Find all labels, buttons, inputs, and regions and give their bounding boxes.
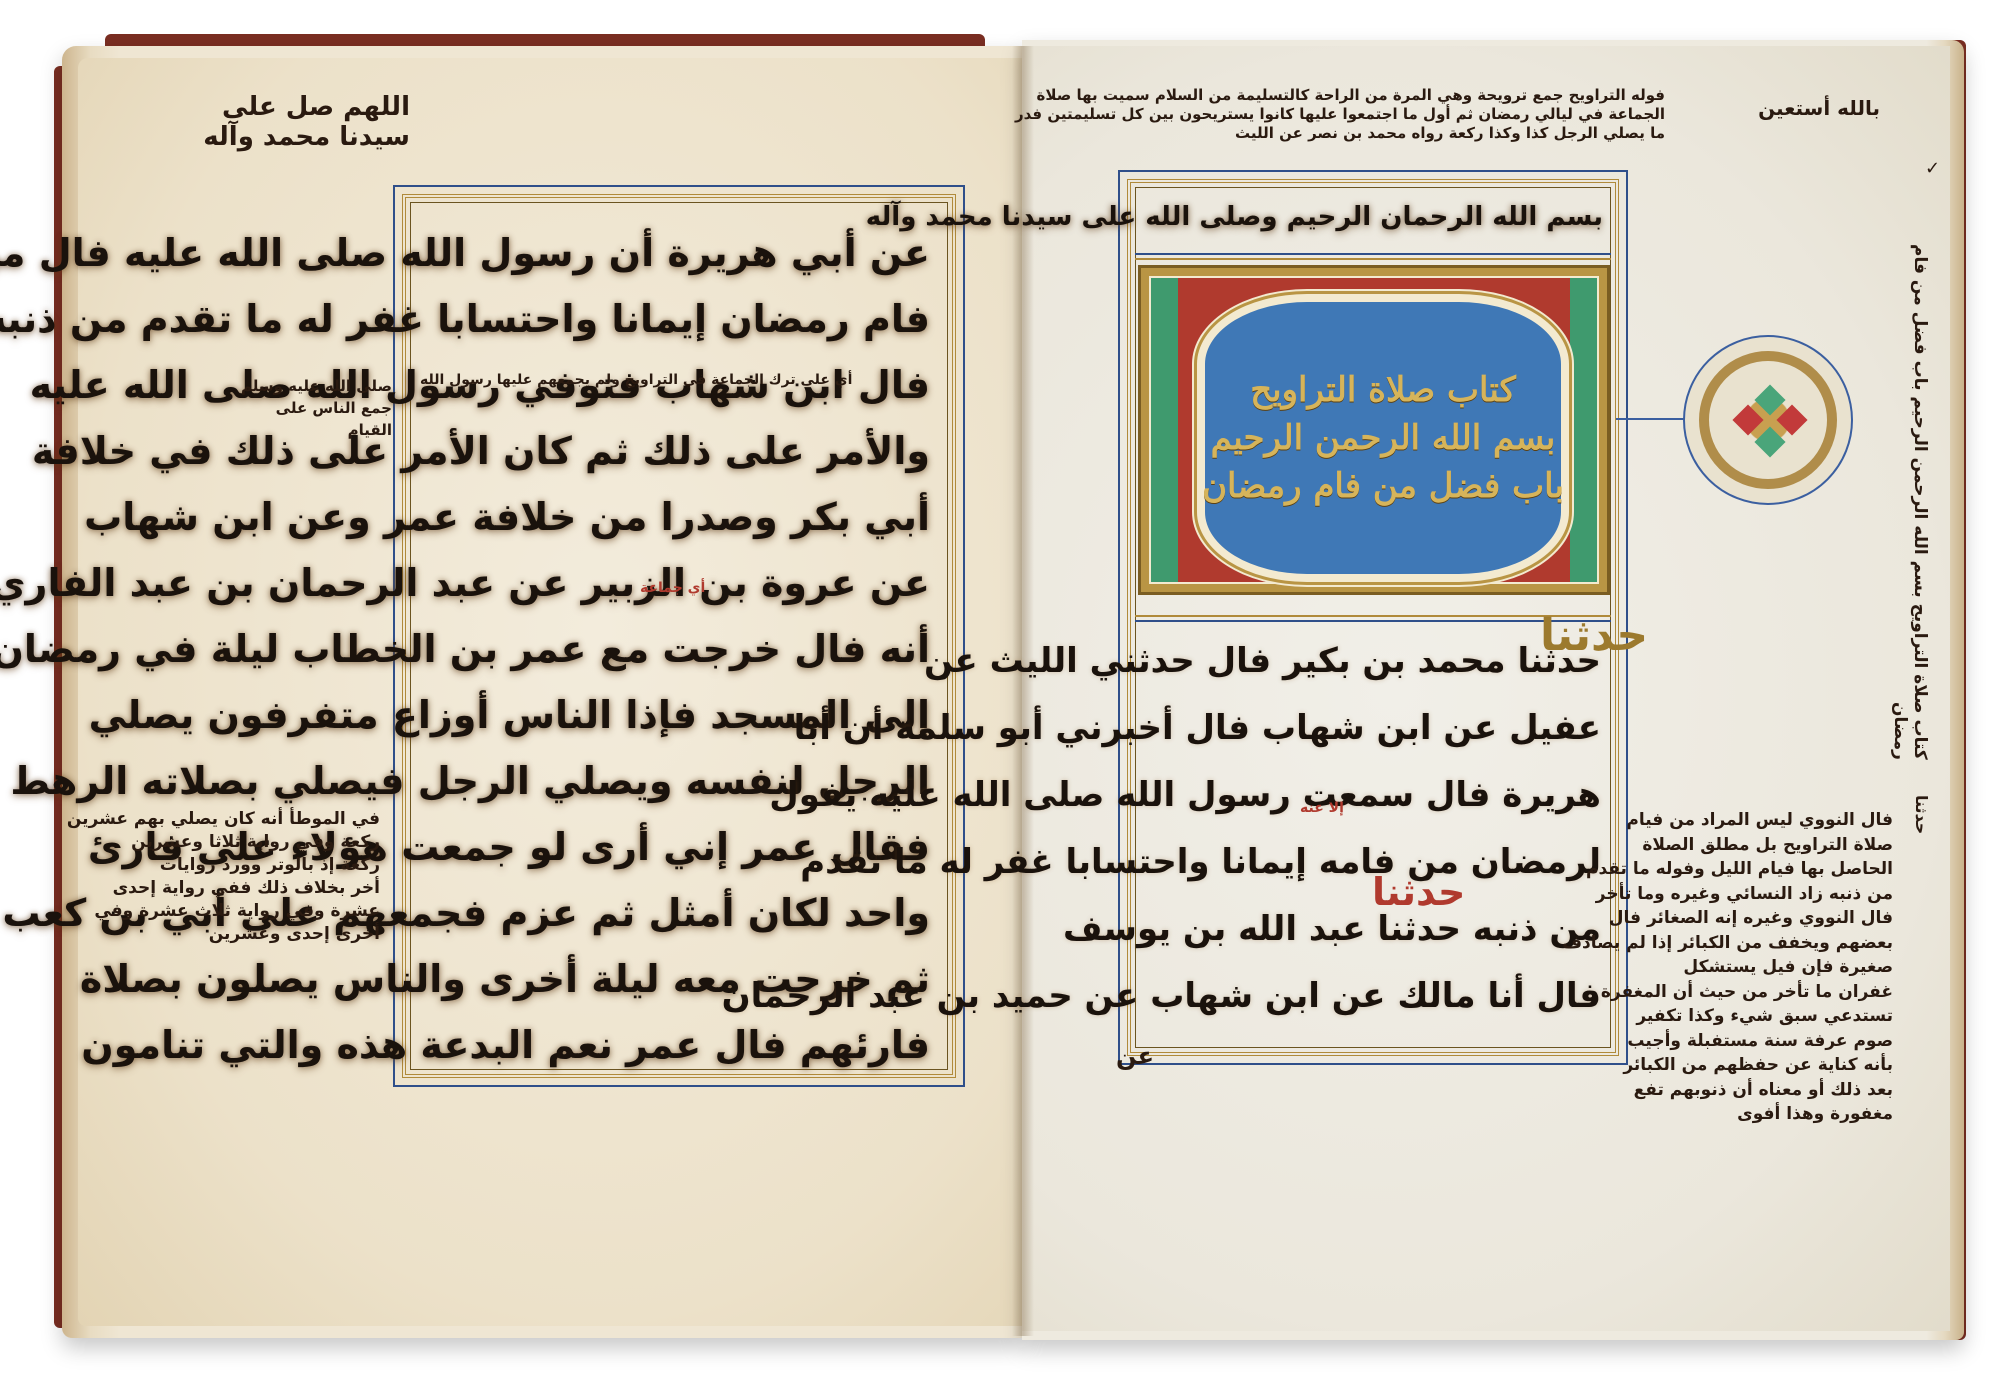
basmala-band-underline: [1135, 253, 1611, 260]
title-line: باب فضل من فام رمضان: [1202, 462, 1564, 510]
right-margin-commentary: فال النووي ليس المراد من فيام صلاة الترا…: [1648, 808, 1893, 1127]
left-margin-note-lower: في الموطأ أنه كان يصلي بهم عشرين ركعة وف…: [150, 808, 380, 946]
right-corner-invocation: بالله أستعين: [1750, 96, 1880, 120]
right-interlinear-red: إلا عنه: [1300, 800, 1344, 816]
left-gold-border: عن أبي هريرة أن رسول الله صلى الله عليه …: [402, 194, 956, 1078]
text-line: عن أبي هريرة أن رسول الله صلى الله عليه …: [428, 220, 930, 286]
title-line: بسم الله الرحمن الرحيم: [1211, 414, 1556, 462]
left-margin-note-upper: صلى الله عليه وسلم جمع الناس على القيام: [282, 375, 392, 441]
title-cartouche: كتاب صلاة التراويح بسم الله الرحمن الرحي…: [1197, 294, 1569, 582]
title-line: كتاب صلاة التراويح: [1250, 366, 1516, 414]
margin-corner-mark: ✓: [1925, 158, 1940, 179]
text-line: فام رمضان إيمانا واحتسابا غفر له ما تقدم…: [428, 286, 930, 352]
left-interlinear-gloss: أي على ترك الجماعة في التراويح ولم يجمعه…: [420, 372, 852, 388]
text-line: والأمر على ذلك ثم كان الأمر على ذلك في خ…: [428, 418, 930, 484]
right-main-text: حدثنا محمد بن بكير فال حدثني الليث عن عف…: [1145, 628, 1601, 1030]
vertical-margin-small: حدثنا: [1912, 795, 1931, 834]
left-header-invocation: اللهم صل على سيدنا محمد وآله: [150, 92, 410, 152]
illuminated-title-panel: كتاب صلاة التراويح بسم الله الرحمن الرحي…: [1138, 265, 1610, 595]
rosette-connector: [1616, 418, 1684, 420]
basmala-band: بسم الله الرحمان الرحيم وصلى الله على سي…: [1143, 197, 1603, 237]
text-line: هريرة فال سمعت رسول الله صلى الله عليه ي…: [1145, 762, 1601, 829]
text-line: أنه فال خرجت مع عمر بن الخطاب ليلة في رم…: [428, 616, 930, 682]
marginal-rosette-ornament: [1683, 335, 1853, 505]
text-line: عفيل عن ابن شهاب فال أخبرني أبو سلمة أن …: [1145, 695, 1601, 762]
left-main-text: عن أبي هريرة أن رسول الله صلى الله عليه …: [428, 220, 930, 1078]
text-line: أبي بكر وصدرا من خلافة عمر وعن ابن شهاب: [428, 484, 930, 550]
text-line: فال أنا مالك عن ابن شهاب عن حميد بن عبد …: [1145, 963, 1601, 1030]
right-top-commentary: فوله التراويح جمع ترويحة وهي المرة من ال…: [1055, 86, 1665, 143]
rubric-heading-red: حدثنا: [1372, 870, 1465, 914]
rosette-gold-ring: [1699, 351, 1837, 489]
rubric-heading-gold: حدثنا: [1540, 610, 1648, 661]
text-line: حدثنا محمد بن بكير فال حدثني الليث عن: [1145, 628, 1601, 695]
left-interlinear-red: أي جماعة: [640, 580, 705, 596]
vertical-margin-title: كتاب صلاة التراويح بسم الله الرحمن الرحي…: [1910, 200, 1930, 760]
left-text-frame: عن أبي هريرة أن رسول الله صلى الله عليه …: [393, 185, 965, 1087]
catchword: عن: [1116, 1042, 1154, 1070]
